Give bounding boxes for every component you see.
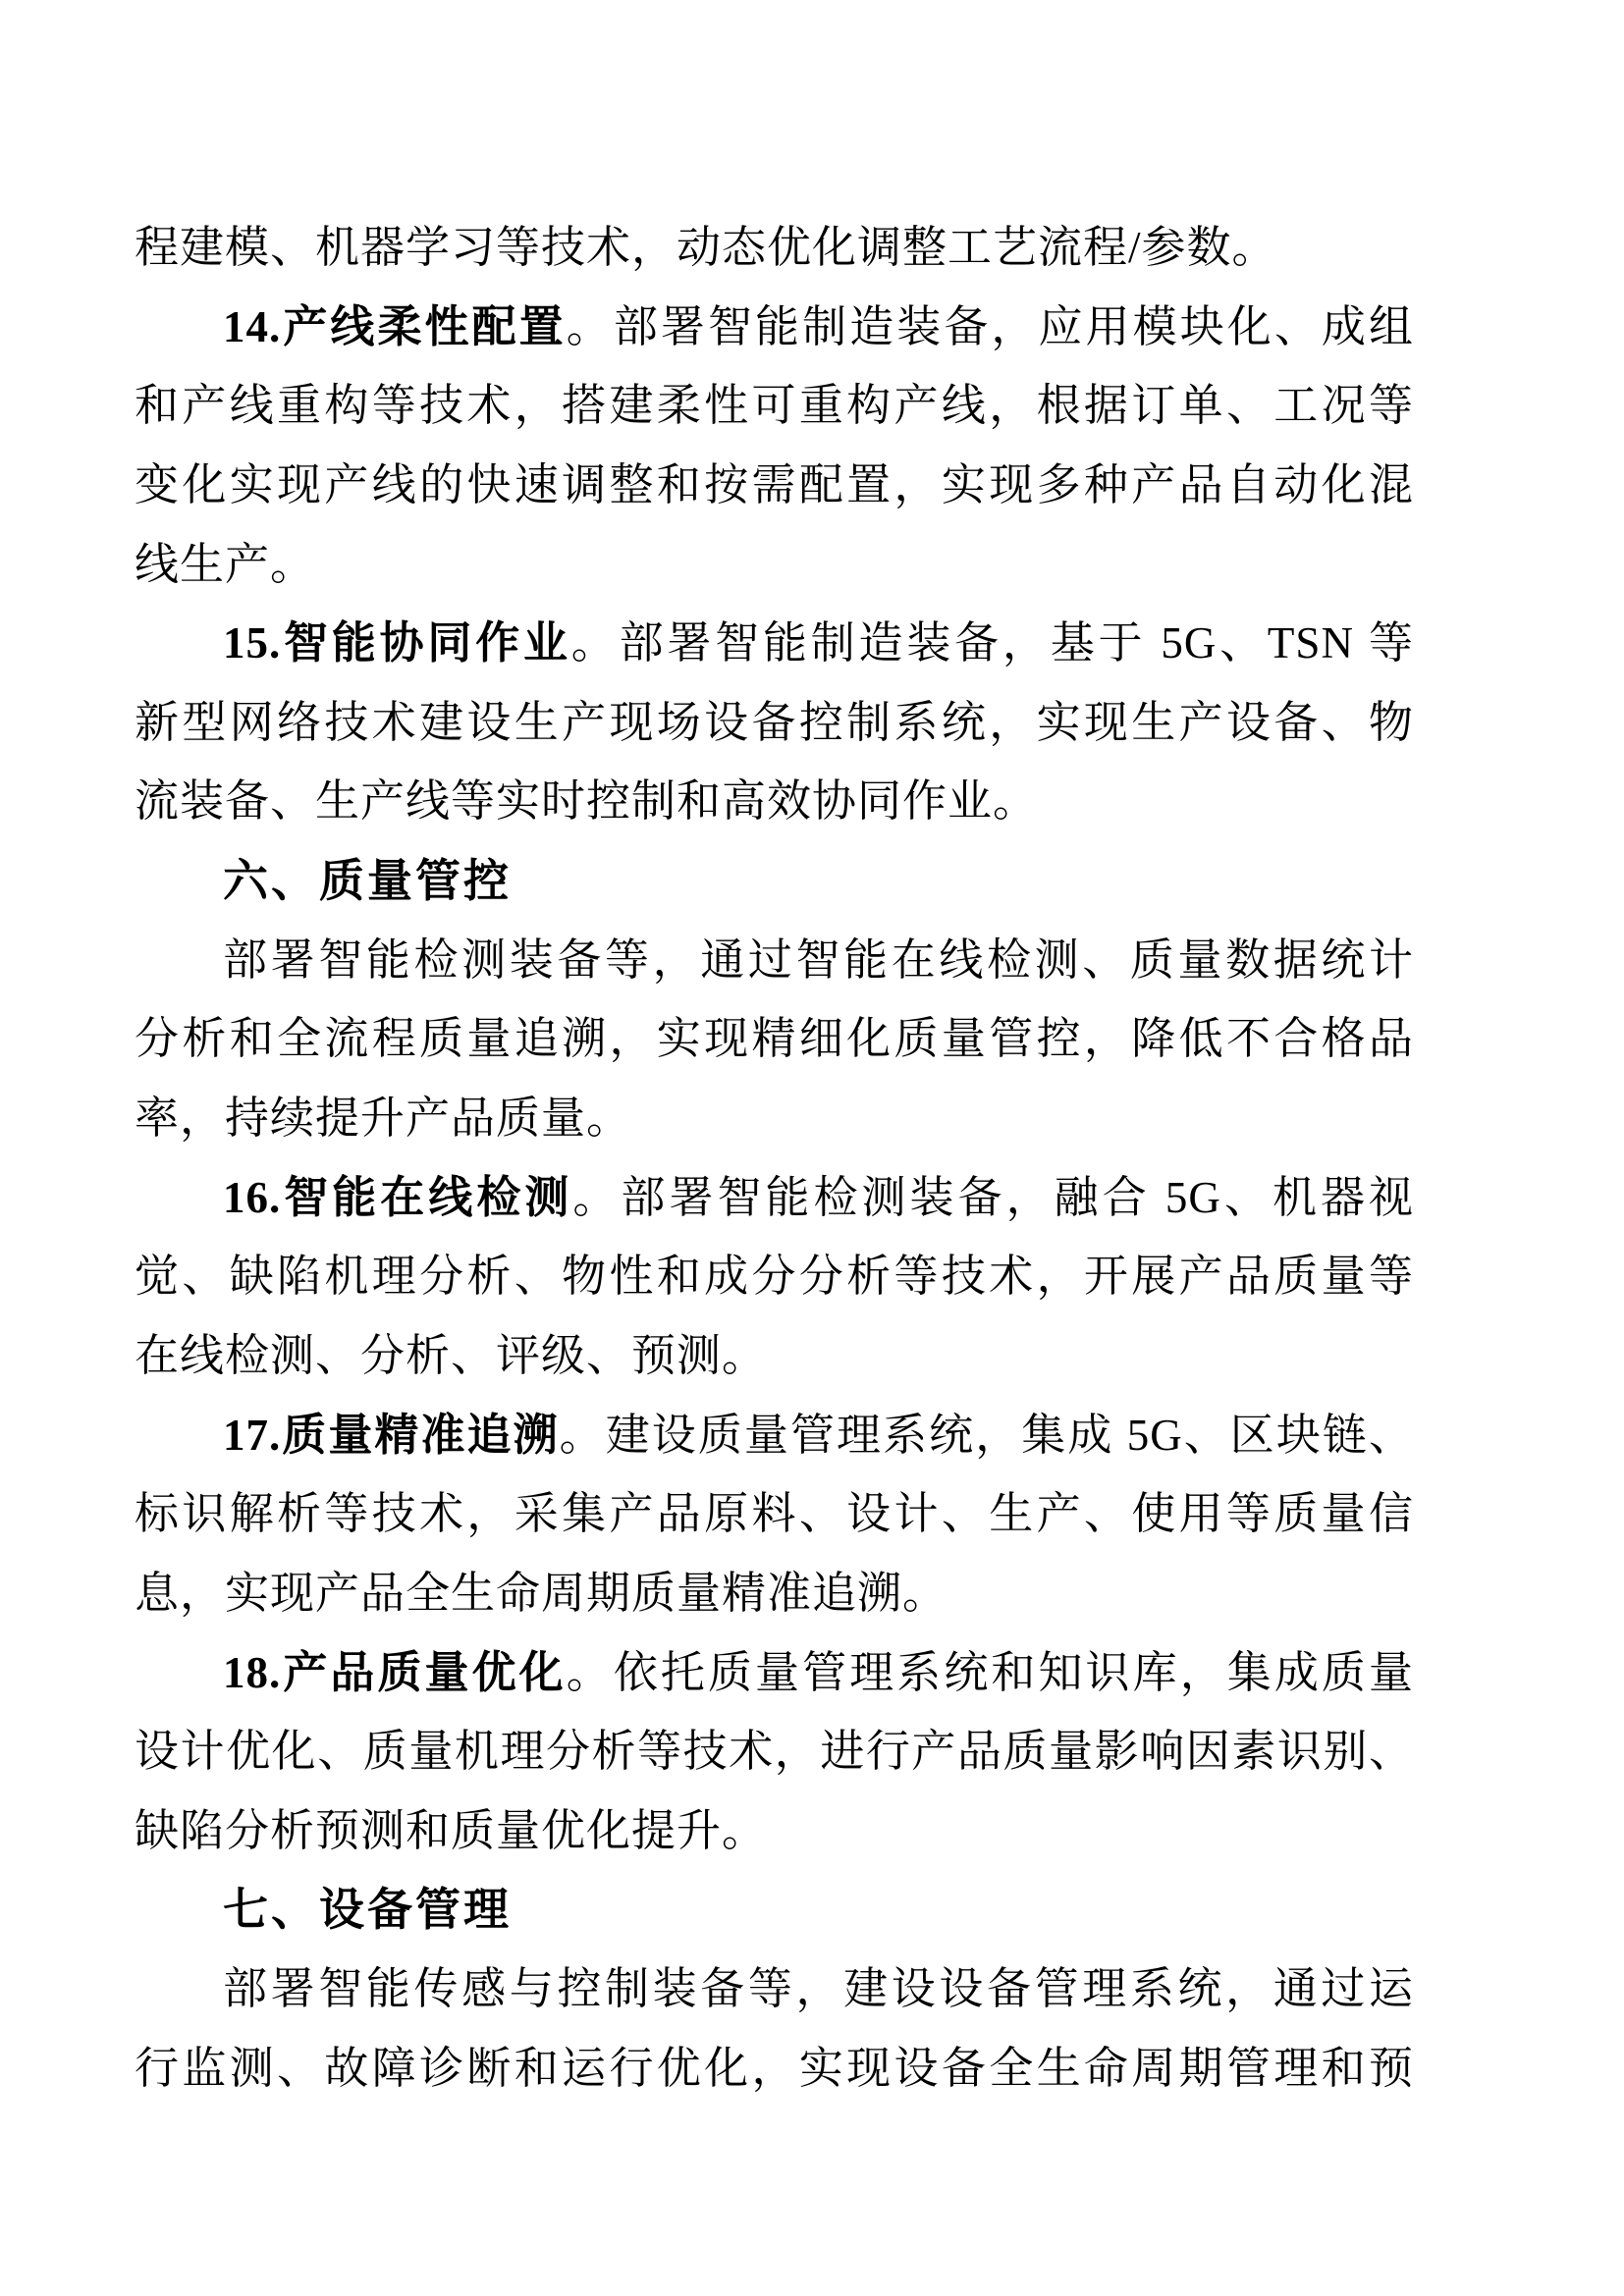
- text-line: 率，持续提升产品质量。: [135, 1079, 1414, 1158]
- text-line: 息，实现产品全生命周期质量精准追溯。: [135, 1554, 1414, 1633]
- text-line: 设计优化、质量机理分析等技术，进行产品质量影响因素识别、: [135, 1712, 1414, 1791]
- text-line: 部署智能传感与控制装备等，建设设备管理系统，通过运: [135, 1949, 1414, 2029]
- item-number-title: 17.质量精准追溯: [223, 1411, 560, 1460]
- text-line: 流装备、生产线等实时控制和高效协同作业。: [135, 762, 1414, 841]
- item-number-title: 18.产品质量优化: [223, 1648, 567, 1697]
- item-number-title: 16.智能在线检测: [223, 1173, 572, 1222]
- text-line: 在线检测、分析、评级、预测。: [135, 1316, 1414, 1396]
- section-heading: 七、设备管理: [135, 1870, 1414, 1949]
- text-line: 17.质量精准追溯。建设质量管理系统，集成 5G、区块链、: [135, 1396, 1414, 1475]
- text-line: 14.产线柔性配置。部署智能制造装备，应用模块化、成组: [135, 288, 1414, 367]
- text-column: 程建模、机器学习等技术，动态优化调整工艺流程/参数。14.产线柔性配置。部署智能…: [135, 208, 1414, 2108]
- text-line: 觉、缺陷机理分析、物性和成分分析等技术，开展产品质量等: [135, 1237, 1414, 1316]
- document-page: 程建模、机器学习等技术，动态优化调整工艺流程/参数。14.产线柔性配置。部署智能…: [0, 0, 1624, 2296]
- text-line: 线生产。: [135, 525, 1414, 605]
- text-line: 程建模、机器学习等技术，动态优化调整工艺流程/参数。: [135, 208, 1414, 288]
- text-line: 18.产品质量优化。依托质量管理系统和知识库，集成质量: [135, 1633, 1414, 1713]
- item-number-title: 14.产线柔性配置: [223, 302, 567, 351]
- text-line: 分析和全流程质量追溯，实现精细化质量管控，降低不合格品: [135, 999, 1414, 1079]
- text-line: 标识解析等技术，采集产品原料、设计、生产、使用等质量信: [135, 1474, 1414, 1554]
- text-line: 部署智能检测装备等，通过智能在线检测、质量数据统计: [135, 921, 1414, 1000]
- text-line: 行监测、故障诊断和运行优化，实现设备全生命周期管理和预: [135, 2029, 1414, 2109]
- text-line: 和产线重构等技术，搭建柔性可重构产线，根据订单、工况等: [135, 366, 1414, 446]
- text-line: 16.智能在线检测。部署智能检测装备，融合 5G、机器视: [135, 1158, 1414, 1238]
- item-number-title: 15.智能协同作业: [223, 618, 571, 667]
- text-line: 新型网络技术建设生产现场设备控制系统，实现生产设备、物: [135, 683, 1414, 763]
- text-line: 15.智能协同作业。部署智能制造装备，基于 5G、TSN 等: [135, 604, 1414, 683]
- section-heading: 六、质量管控: [135, 841, 1414, 921]
- text-line: 缺陷分析预测和质量优化提升。: [135, 1791, 1414, 1871]
- text-line: 变化实现产线的快速调整和按需配置，实现多种产品自动化混: [135, 446, 1414, 525]
